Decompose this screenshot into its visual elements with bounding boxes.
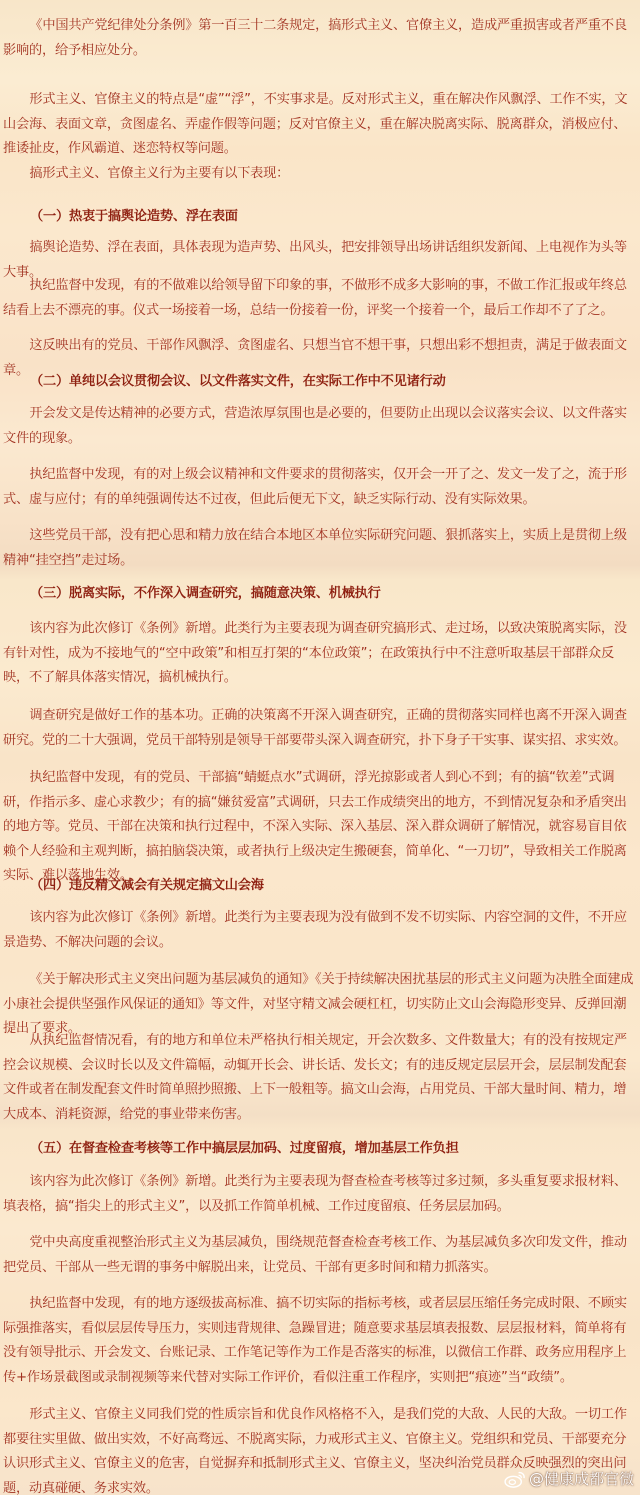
weibo-watermark: @健康成都官微 [504, 1468, 634, 1489]
section-2-paragraph-3: 这些党员干部，没有把心思和精力放在结合本地区本单位实际研究问题、狠抓落实上，实质… [3, 524, 637, 573]
section-3-paragraph-3: 执纪监督中发现，有的党员、干部搞“蜻蜓点水”式调研，浮光掠影或者人到心不到；有的… [3, 766, 637, 889]
paragraph-intro-regulation: 《中国共产党纪律处分条例》第一百三十二条规定，搞形式主义、官僚主义，造成严重损害… [3, 14, 637, 63]
section-4-paragraph-3: 从执纪监督情况看，有的地方和单位未严格执行相关规定，开会次数多、文件数量大；有的… [3, 1029, 637, 1127]
section-1-paragraph-2: 执纪监督中发现，有的不做难以给领导留下印象的事，不做形不成多大影响的事，不做工作… [3, 274, 637, 323]
paragraph-characteristics: 形式主义、官僚主义的特点是“虚”“浮”，不实事求是。反对形式主义，重在解决作风飘… [3, 88, 637, 162]
section-3-paragraph-2: 调查研究是做好工作的基本功。正确的决策离不开深入调查研究，正确的贯彻落实同样也离… [3, 704, 637, 753]
section-heading-4: （四）违反精文减会有关规定搞文山会海 [30, 874, 264, 898]
section-heading-3: （三）脱离实际，不作深入调查研究，搞随意决策、机械执行 [30, 582, 381, 606]
section-2-paragraph-2: 执纪监督中发现，有的对上级会议精神和文件要求的贯彻落实，仅开会一开了之、发文一发… [3, 463, 637, 512]
weibo-icon [504, 1470, 526, 1488]
article-page: 《中国共产党纪律处分条例》第一百三十二条规定，搞形式主义、官僚主义，造成严重损害… [0, 0, 640, 1495]
section-3-paragraph-1: 该内容为此次修订《条例》新增。此类行为主要表现为调查研究搞形式、走过场，以致决策… [3, 617, 637, 691]
paragraph-list-intro: 搞形式主义、官僚主义行为主要有以下表现： [3, 162, 637, 187]
section-heading-5: （五）在督查检查考核等工作中搞层层加码、过度留痕，增加基层工作负担 [30, 1137, 459, 1161]
section-5-paragraph-1: 该内容为此次修订《条例》新增。此类行为主要表现为督查检查考核等过多过频，多头重复… [3, 1170, 637, 1219]
section-heading-2: （二）单纯以会议贯彻会议、以文件落实文件，在实际工作中不见诸行动 [30, 370, 446, 394]
section-4-paragraph-1: 该内容为此次修订《条例》新增。此类行为主要表现为没有做到不发不切实际、内容空洞的… [3, 906, 637, 955]
section-heading-1: （一）热衷于搞舆论造势、浮在表面 [30, 205, 238, 229]
watermark-text: @健康成都官微 [529, 1468, 634, 1489]
section-5-paragraph-3: 执纪监督中发现，有的地方逐级拔高标准、搞不切实际的指标考核，或者层层压缩任务完成… [3, 1292, 637, 1390]
section-5-paragraph-2: 党中央高度重视整治形式主义为基层减负，围绕规范督查检查考核工作、为基层减负多次印… [3, 1231, 637, 1280]
section-2-paragraph-1: 开会发文是传达精神的必要方式，营造浓厚氛围也是必要的，但要防止出现以会议落实会议… [3, 402, 637, 451]
